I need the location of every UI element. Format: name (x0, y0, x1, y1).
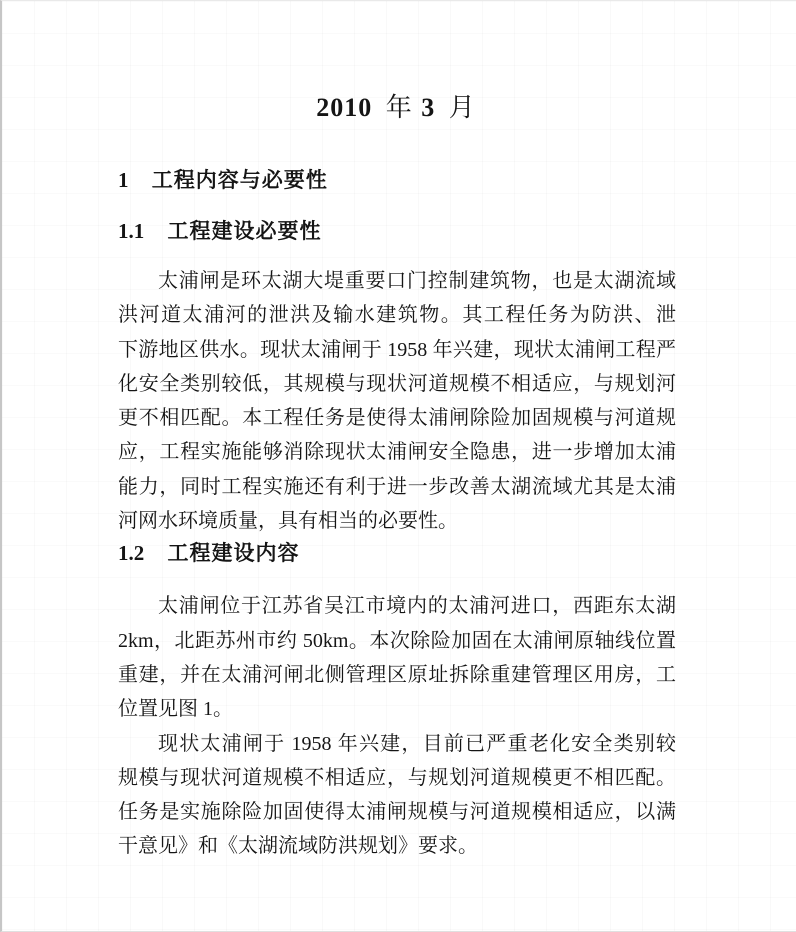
text-line: 位置见图 1。 (118, 692, 676, 726)
heading-number: 1.1 (118, 219, 144, 243)
text-line: 太浦闸位于江苏省吴江市境内的太浦河进口，西距东太湖约 (118, 589, 676, 623)
text-line: 重建，并在太浦河闸北侧管理区原址拆除重建管理区用房，工程地理 (118, 658, 676, 692)
document-page: 2010 年 3 月 1 工程内容与必要性 1.1 工程建设必要性 太浦闸是环太… (0, 0, 796, 932)
date-year-unit: 年 (386, 93, 412, 122)
text-line: 应，工程实施能够消除现状太浦闸安全隐患，进一步增加太浦闸行洪 (118, 435, 676, 469)
text-line: 下游地区供水。现状太浦闸于 1958 年兴建，现状太浦闸工程严重老 (118, 333, 676, 367)
paragraph-necessity: 太浦闸是环太湖大堤重要口门控制建筑物，也是太湖流域骨干泄 洪河道太浦河的泄洪及输… (118, 264, 676, 538)
heading-text: 工程建设必要性 (168, 220, 322, 243)
text-line: 能力，同时工程实施还有利于进一步改善太湖流域尤其是太浦河下游 (118, 470, 676, 504)
text-line: 化安全类别较低，其规模与现状河道规模不相适应，与规划河道规模 (118, 367, 676, 401)
text-line: 现状太浦闸于 1958 年兴建，目前已严重老化安全类别较低，其 (118, 727, 676, 761)
text-line: 更不相匹配。本工程任务是使得太浦闸除险加固规模与河道规模相适 (118, 401, 676, 435)
heading-text: 工程建设内容 (168, 542, 300, 565)
date-month-unit: 月 (449, 93, 475, 122)
section-heading-1-2: 1.2 工程建设内容 (118, 538, 676, 569)
heading-text: 工程内容与必要性 (152, 169, 328, 192)
document-content: 2010 年 3 月 1 工程内容与必要性 1.1 工程建设必要性 太浦闸是环太… (2, 92, 796, 864)
date-year: 2010 (316, 93, 372, 122)
section-heading-1: 1 工程内容与必要性 (118, 165, 676, 196)
paragraph-current-status: 现状太浦闸于 1958 年兴建，目前已严重老化安全类别较低，其 规模与现状河道规… (118, 727, 676, 864)
heading-number: 1 (118, 168, 129, 192)
text-line: 河网水环境质量，具有相当的必要性。 (118, 504, 676, 538)
text-line: 2km，北距苏州市约 50km。本次除险加固在太浦闸原轴线位置拆除 (118, 624, 676, 658)
text-line: 干意见》和《太湖流域防洪规划》要求。 (118, 829, 676, 863)
text-line: 洪河道太浦河的泄洪及输水建筑物。其工程任务为防洪、泄洪，和向 (118, 298, 676, 332)
text-line: 任务是实施除险加固使得太浦闸规模与河道规模相适应，以满足《若 (118, 795, 676, 829)
date-month: 3 (421, 93, 435, 122)
section-heading-1-1: 1.1 工程建设必要性 (118, 216, 676, 247)
heading-number: 1.2 (118, 541, 144, 565)
date-title: 2010 年 3 月 (118, 92, 676, 124)
text-line: 太浦闸是环太湖大堤重要口门控制建筑物，也是太湖流域骨干泄 (118, 264, 676, 298)
paragraph-location: 太浦闸位于江苏省吴江市境内的太浦河进口，西距东太湖约 2km，北距苏州市约 50… (118, 589, 676, 726)
text-line: 规模与现状河道规模不相适应，与规划河道规模更不相匹配。本工程 (118, 761, 676, 795)
